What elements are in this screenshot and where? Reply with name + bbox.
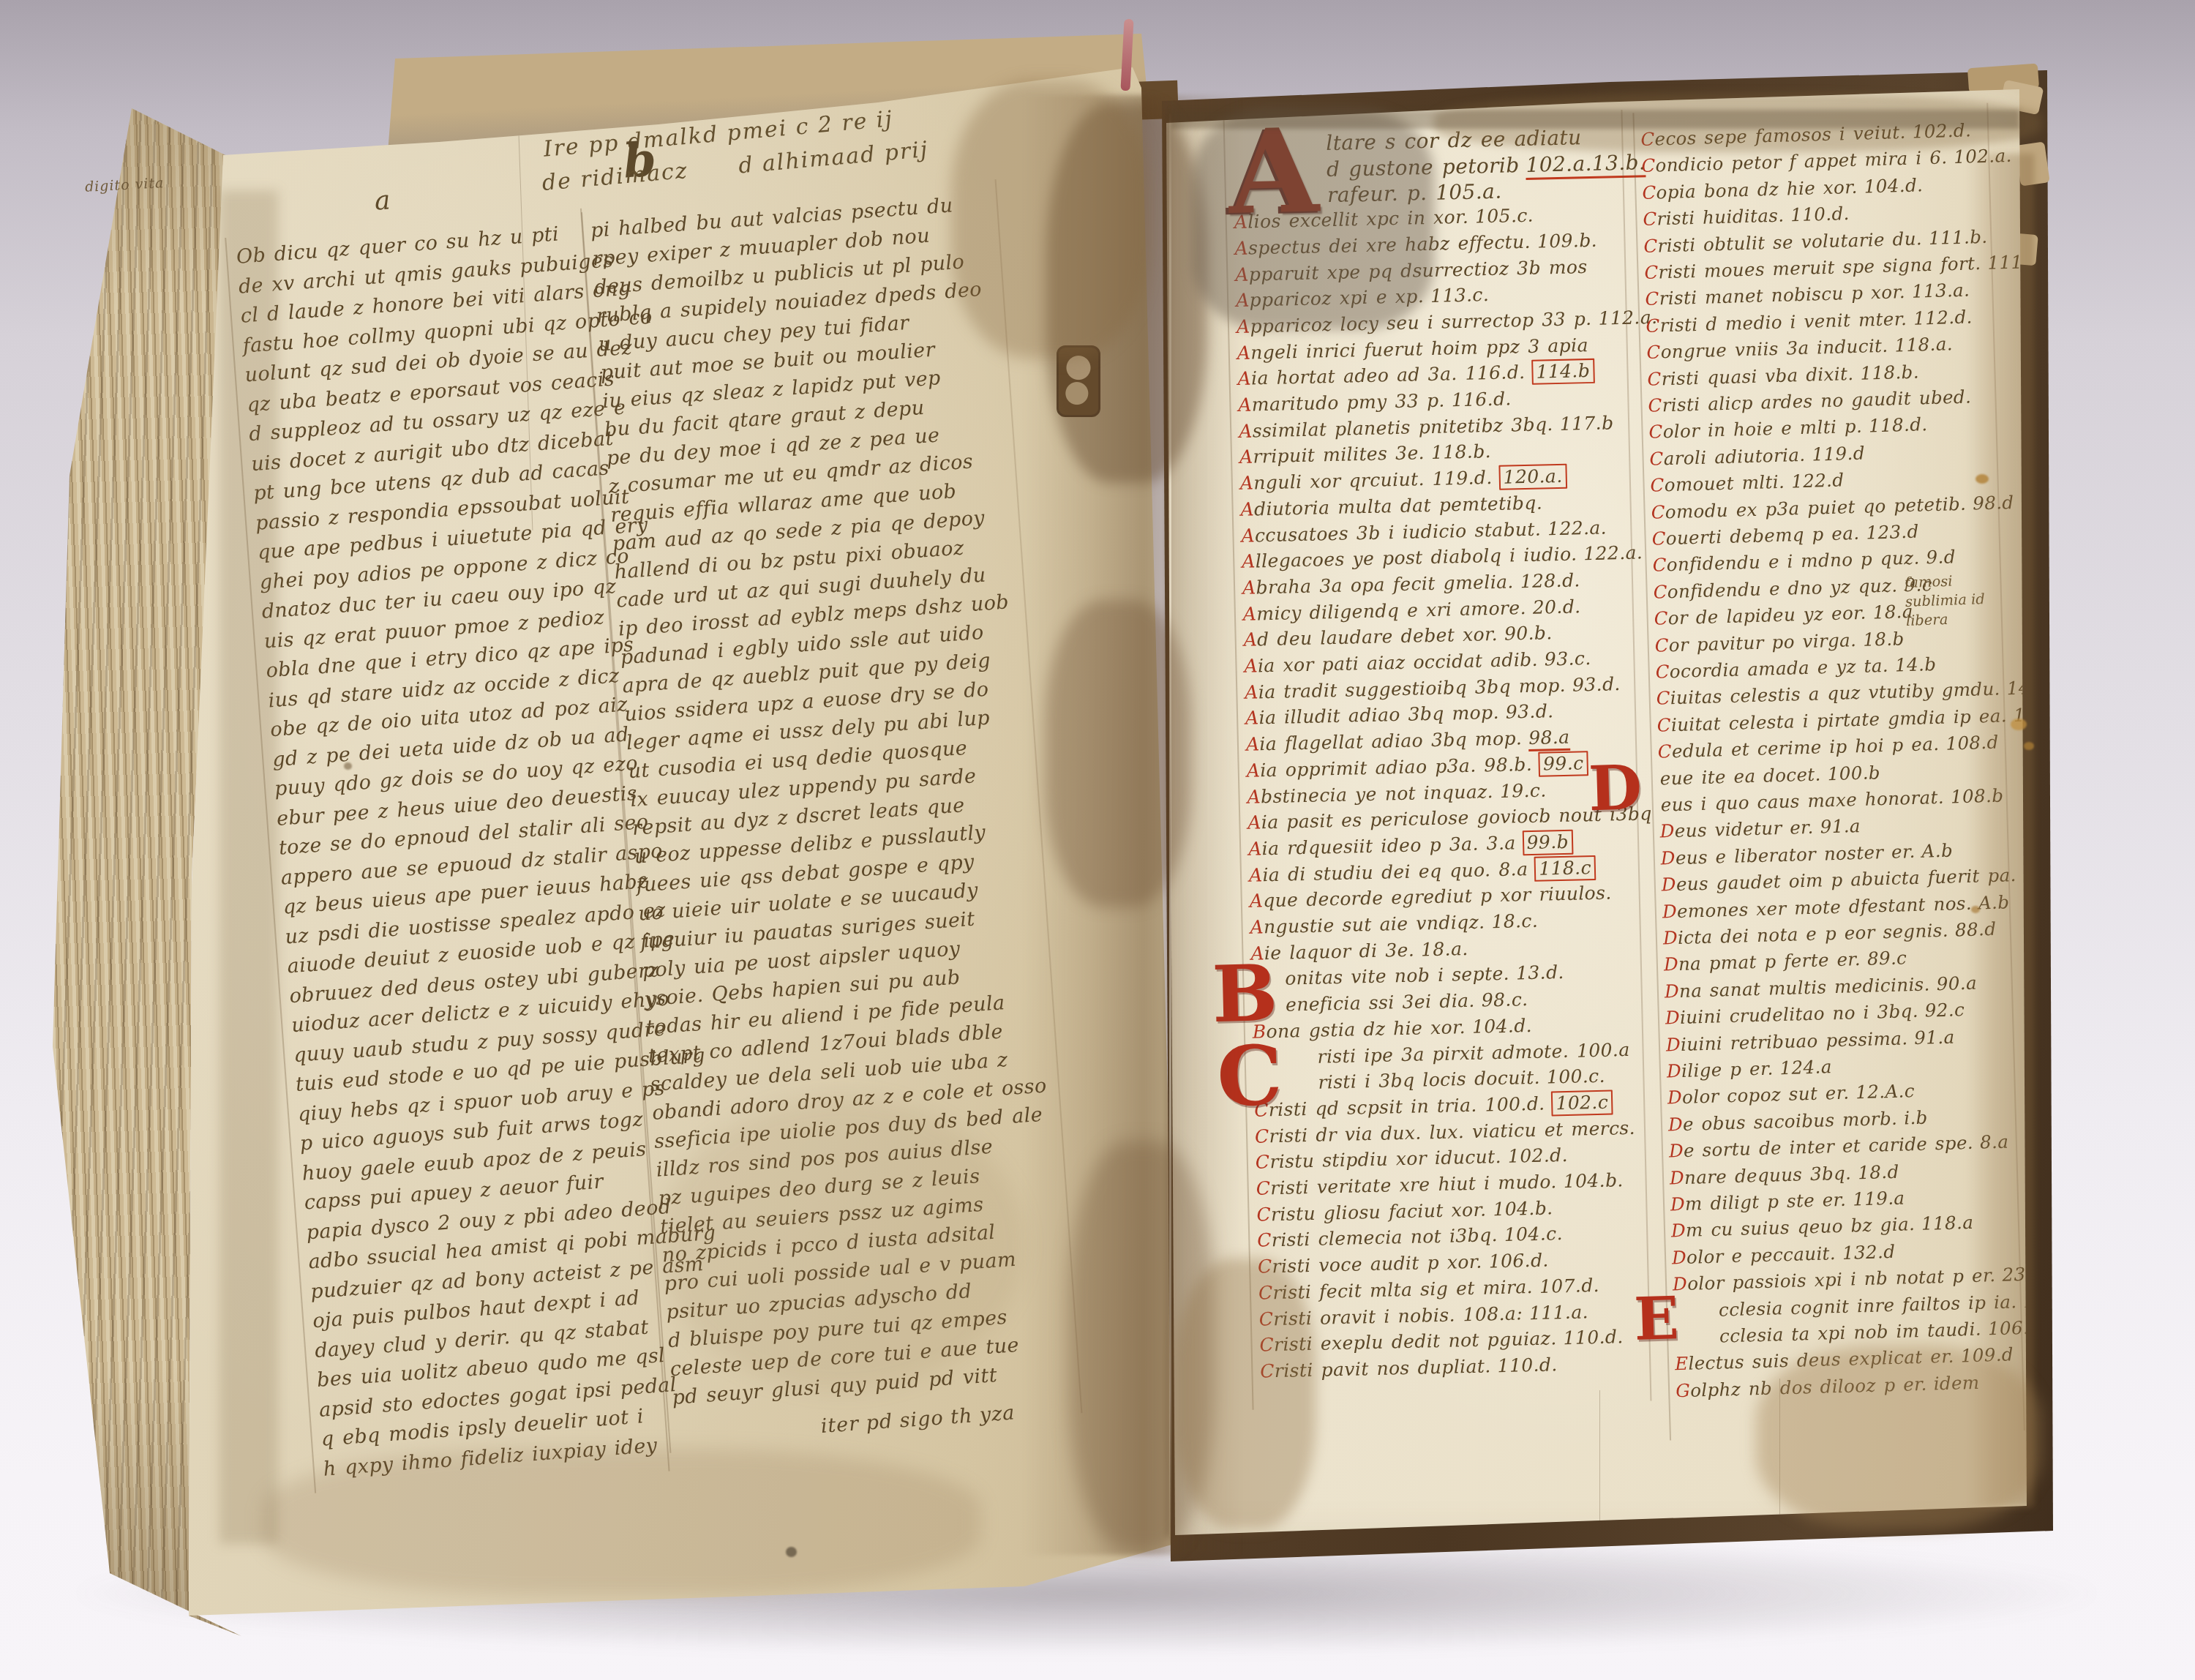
index-entry: Couerti debemq p ea.123.d (1651, 521, 1919, 550)
index-entry: Cristi veritate xre hiut i mudo.104.b. (1256, 1169, 1624, 1199)
index-entry: De sortu de inter et caride spe.8.a (1669, 1131, 2009, 1162)
index-entry: Angeli inrici fuerut hoim ppz 3 apia (1237, 334, 1588, 364)
fold-crease (1599, 1390, 1600, 1529)
illuminated-initial-e: E (1633, 1291, 1679, 1346)
stain (1971, 906, 1980, 913)
index-entry: Aia hortat adeo ad 3a. 116.d.114.b (1237, 360, 1594, 389)
stain (658, 1098, 1024, 1390)
index-entry: Cristi huiditas.110.d. (1643, 203, 1850, 230)
index-entry: Cristi obtulit se volutarie du.111.b. (1643, 225, 1988, 256)
index-entry: Dna sanat multis medicinis.90.a (1665, 972, 1978, 1002)
index-entry: Dilige p er.124.a (1667, 1056, 1833, 1081)
index-entry: Deus videtur er.91.a (1659, 815, 1861, 842)
index-entry: Confidendu e dno yz quz.9.c (1653, 574, 1932, 603)
index-entry: Cristu stipdiu xor iducut.102.d. (1256, 1144, 1569, 1173)
manuscript-photo: Ire pp dmalkd pmei c 2 re ij b de ridima… (0, 0, 2195, 1680)
index-entry: Demones xer mote dfestant nos.A.b (1662, 891, 2009, 922)
index-entry: eus i quo caus maxe honorat.108.b (1659, 785, 2003, 816)
stain (263, 1449, 980, 1595)
index-entry: Comodu ex p3a puiet qo petetib.98.d (1651, 492, 2014, 523)
index-entry: Cedula et cerime ip hoi p ea.108.d (1657, 732, 1999, 762)
index-entry: Dnare dequus 3bq.18.d (1670, 1160, 1899, 1188)
index-entry: Confidendu e i mdno p quz.9.d (1652, 547, 1956, 577)
index-entry: Aia xor pati aiaz occidat adib.93.c. (1244, 648, 1591, 677)
index-entry: Dicta dei nota e p eor segnis.88.d (1662, 918, 1996, 949)
index-entry: Cristi alicp ardes no gaudit ubed. (1648, 386, 1971, 416)
index-entry: Adiutoria multa dat pemtetibq. (1240, 492, 1542, 520)
index-entry: Cristi d medio i venit mter.112.d. (1646, 306, 1973, 336)
index-entry: Bona gstia dz hie xor.104.d. (1253, 1015, 1533, 1043)
index-entry: Diuini retribuao pessima.91.a (1666, 1026, 1955, 1055)
index-entry: risti ipe 3a pirxit admote. 100.a (1253, 1038, 1630, 1068)
index-entry: Dna pmat p ferte er.89.c (1664, 948, 1907, 975)
index-entry: Aia tradit suggestioibq 3bq mop.93.d. (1245, 673, 1621, 703)
index-entry: Anguli xor qrcuiut. 119.d.120.a. (1240, 465, 1567, 494)
stain (1177, 1259, 1316, 1529)
stain (786, 1547, 797, 1557)
index-entry: Aia di studiu dei eq quo. 8.a118.c (1249, 857, 1596, 886)
index-entry: Dm cu suius qeuo bz gia.118.a (1671, 1212, 1974, 1242)
index-entry: Dm diligt p ste er.119.a (1670, 1187, 1905, 1215)
open-book: Ire pp dmalkd pmei c 2 re ij b de ridima… (0, 0, 2195, 1680)
index-entry: Abstinecia ye not inquaz.19.c. (1247, 779, 1547, 807)
index-entry: Ad deu laudare debet xor.90.b. (1243, 623, 1553, 651)
index-entry: Cristi quasi vba dixit.118.b. (1647, 361, 1919, 389)
index-entry: eneficia ssi 3ei dia.98.c. (1252, 989, 1528, 1016)
stain (951, 80, 1149, 359)
index-entry: Cor de lapideu yz eor.18.a (1654, 601, 1913, 629)
index-entry: Assimilat planetis pnitetibz 3bq.117.b (1239, 412, 1614, 442)
index-entry: Diuini crudelitao no i 3bq.92.c (1665, 999, 1965, 1028)
stain (1045, 600, 1191, 907)
lp-col1: Ob dicu qz quer co su hz u ptide xv arch… (236, 221, 579, 246)
index-entry: Cristi clemecia not i3bq.104.c. (1257, 1223, 1563, 1251)
stain (219, 190, 278, 1544)
index-entry: Aque decorde egrediut p xor riuulos. (1249, 882, 1611, 912)
index-entry: Aia opprimit adiao p3a. 98.b.99.c (1246, 752, 1588, 781)
stain (1193, 110, 1434, 329)
index-entry: Aia rdquesiit ideo p 3a. 3.a99.b (1248, 831, 1573, 860)
index-entry: Color in hoie e mlti p.118.d. (1648, 414, 1928, 443)
stain (1171, 110, 2019, 129)
index-entry: Amicy diligendq e xri amore.20.d. (1243, 596, 1581, 624)
stain (1756, 1346, 2041, 1529)
index-entry: De obus sacoibus morb.i.b (1668, 1106, 1928, 1135)
index-entry: Cristi voce audit p xor.106.d. (1258, 1250, 1549, 1278)
column-letter: a (374, 185, 391, 216)
index-entry: Cristi dr via dux. lux. viaticu et mercs… (1255, 1117, 1636, 1147)
index-entry: Deus e liberator noster er.A.b (1660, 839, 1953, 869)
index-entry: Cristi fecit mlta sig et mira.107.d. (1258, 1275, 1600, 1304)
index-entry: eue ite ea docet.100.b (1658, 762, 1880, 789)
stain (1975, 474, 1989, 484)
index-entry: Cor pavitur po virga.18.b (1654, 628, 1905, 656)
colophon-line: iter pd sigo th yza (820, 1401, 1016, 1437)
illuminated-initial-d: D (1588, 760, 1643, 817)
index-entry: Caroli adiutoria.119.d (1649, 442, 1865, 469)
index-entry: Allegacoes ye post diabolq i iudio.122.a… (1242, 542, 1643, 572)
index-entry: risti i 3bq locis docuit.100.c. (1253, 1065, 1605, 1095)
stain (344, 762, 352, 770)
index-entry: Dolor copoz sut er.12.A.c (1667, 1080, 1916, 1108)
index-entry: Comouet mlti.122.d (1650, 470, 1845, 496)
index-entry: Amaritudo pmy 33 p.116.d. (1238, 388, 1512, 415)
index-entry: Abraha 3a opa fecit gmelia.128.d. (1242, 569, 1580, 598)
index-entry: Arripuit milites 3e.118.b. (1239, 440, 1492, 468)
stain (1967, 154, 2034, 1507)
index-entry: Aie laquor di 3e.18.a. (1250, 938, 1468, 964)
lp-col2: iter pd sigo th yza pi halbed bu aut val… (590, 191, 999, 220)
index-entry: Cristi manet nobiscu p xor.113.a. (1645, 280, 1970, 310)
index-entry: Aia illudit adiao 3bq mop.93.d. (1245, 701, 1554, 730)
index-entry: Cristu gliosu faciut xor.104.b. (1256, 1197, 1553, 1225)
index-entry: Cocordia amada e yz ta.14.b (1655, 653, 1936, 683)
index-entry: Copia bona dz hie xor.104.d. (1642, 174, 1924, 203)
index-entry: Accusatoes 3b i iudicio stabut.122.a. (1241, 517, 1607, 546)
index-entry: Congrue vniis 3a inducit.118.a. (1646, 333, 1953, 363)
index-entry: Aia flagellat adiao 3bq mop.98.a (1246, 727, 1570, 755)
index-entry: Angustie sut aie vndiqz.18.c. (1250, 910, 1538, 938)
index-entry: Cristi qd scpsit in tria. 100.d.102.c (1254, 1091, 1613, 1120)
stain (2011, 719, 2027, 730)
index-entry: Dolor e peccauit.132.d (1672, 1241, 1896, 1269)
stain (2024, 742, 2034, 750)
index-entry: onitas vite nob i septe.13.d. (1251, 961, 1564, 990)
